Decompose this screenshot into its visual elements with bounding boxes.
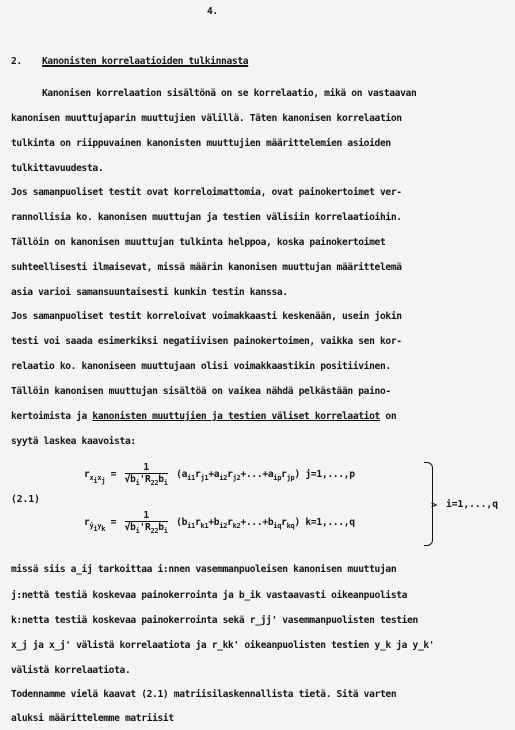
equation-row-1: rxixj = 1 √bi'R22bi (ai1rj1+ai2rj2+...+a… [84,462,355,486]
paragraph-line: suhteellisesti ilmaisevat, missä määrin … [11,262,402,274]
eq-range: k=1,...,q [305,517,354,528]
numerator: 1 [125,462,168,474]
equation-row-2: rŷiyk = 1 √bi'R22bi (bi1rk1+bi2rk2+...+b… [84,510,355,534]
paragraph-line: j:nettä testiä koskevaa painokerrointa j… [11,590,407,602]
text-fragment: on [380,411,396,422]
denominator: √bi'R22bi [125,522,168,534]
paragraph-line: Todennamme vielä kaavat (2.1) matriisila… [11,689,396,701]
paragraph-line: asia varioi samansuuntaisesti kunkin tes… [11,287,288,299]
paragraph-line: testi voi saada esimerkiksi negatiivisen… [11,336,402,348]
fraction: 1 √bi'R22bi [125,462,168,486]
paragraph-line: Tällöin on kanonisen muuttujan tulkinta … [11,237,385,249]
document-page: 4. 2. Kanonisten korrelaatioiden tulkinn… [0,0,515,730]
section-number: 2. [11,56,22,68]
eq-range: j=1,...,p [305,469,354,480]
paragraph-line: Kanonisen korrelaation sisältönä on se k… [42,88,416,100]
equation-label: (2.1) [11,494,40,505]
underlined-phrase: kanonisten muuttujien ja testien väliset… [92,411,380,422]
paragraph-line: aluksi määrittelemme matriisit [11,713,174,725]
paragraph-line: k:netta testiä koskevaa painokerrointa s… [11,615,418,627]
paragraph-line: missä siis a_ij tarkoittaa i:nnen vasemm… [11,564,396,576]
denominator: √bi'R22bi [125,474,168,486]
brace-tip: > [431,500,437,511]
section-title: Kanonisten korrelaatioiden tulkinnasta [42,56,248,68]
paragraph-line: syytä laskea kaavoista: [11,436,136,448]
paragraph-line: kanonisen muuttujaparin muuttujien välil… [11,113,402,125]
paragraph-line: tulkittavuudesta. [11,163,103,175]
fraction: 1 √bi'R22bi [125,510,168,534]
numerator: 1 [125,510,168,522]
paragraph-line: välistä korrelaatiota. [11,665,130,677]
eq-equals: = [111,469,116,480]
paragraph-line: rannollisia ko. kanonisen muuttujan ja t… [11,212,402,224]
eq-equals: = [111,517,116,528]
paragraph-line: kertoimista ja kanonisten muuttujien ja … [11,411,396,423]
text-fragment: kertoimista ja [11,411,92,422]
paragraph-line: Jos samanpuoliset testit korreloivat voi… [11,311,402,323]
paragraph-line: tulkinta on riippuvainen kanonisten muut… [11,138,391,150]
paragraph-line: Tällöin kanonisen muuttujan sisältöä on … [11,386,391,398]
page-number: 4. [207,6,218,18]
paragraph-line: relaatio ko. kanoniseen muuttujaan olisi… [11,361,391,373]
brace-range: i=1,...,q [446,499,498,510]
paragraph-line: x_j ja x_j' välistä korrelaatiota ja r_k… [11,640,434,652]
paragraph-line: Jos samanpuoliset testit ovat korreloima… [11,187,402,199]
